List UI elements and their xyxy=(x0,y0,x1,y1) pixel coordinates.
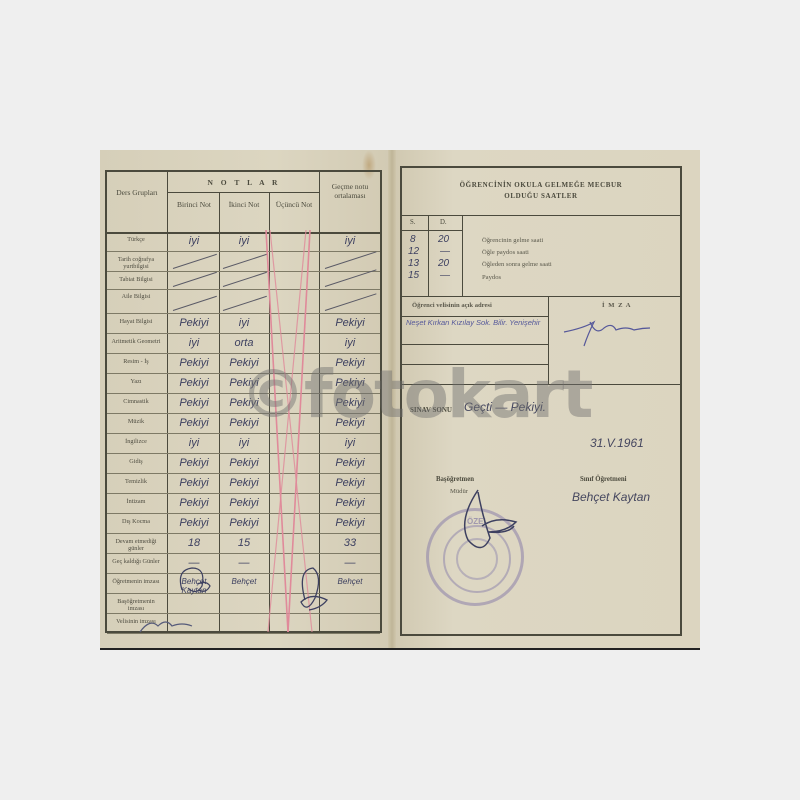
row-label: Hayat Bilgisi xyxy=(110,318,162,325)
hours-d-header: D. xyxy=(440,219,447,226)
grade-cell-ikinci: 15 xyxy=(219,537,269,549)
table-row: Velisinin imzası xyxy=(107,614,380,634)
row-label: Resim - İş xyxy=(110,358,162,365)
table-row: Öğretmenin imzasıBehçet KaytanBehçetBehç… xyxy=(107,574,380,594)
slash-mark xyxy=(223,254,267,269)
header-notlar: N O T L A R xyxy=(169,178,319,187)
address-label: Öğrenci velisinin açık adresi xyxy=(412,302,492,309)
table-row: Tarih coğrafya yurtbilgisi xyxy=(107,252,380,272)
hour-value: 8 xyxy=(410,234,416,245)
table-row: Aile Bilgisi xyxy=(107,290,380,314)
row-divider xyxy=(402,344,548,345)
grade-cell-gecme: Pekiyi xyxy=(321,477,379,489)
grade-cell-ikinci: iyi xyxy=(219,437,269,449)
exam-date: 31.V.1961 xyxy=(590,436,644,450)
table-row: Hayat BilgisiPekiyiiyiPekiyi xyxy=(107,314,380,334)
grade-cell-gecme: Pekiyi xyxy=(321,497,379,509)
grade-cell-birinci: Pekiyi xyxy=(169,517,219,529)
row-label: Öğretmenin imzası xyxy=(110,578,162,585)
watermark: ©fotokart xyxy=(240,362,591,428)
grade-cell-ikinci: Pekiyi xyxy=(219,517,269,529)
table-row: TemizlikPekiyiPekiyiPekiyi xyxy=(107,474,380,494)
notlar-divider xyxy=(167,192,319,193)
row-label: Dış Kocma xyxy=(110,518,162,525)
grade-cell-birinci: — xyxy=(169,557,219,569)
slash-mark xyxy=(325,293,377,311)
grade-cell-ikinci: Pekiyi xyxy=(219,457,269,469)
header-ikinci-not: İkinci Not xyxy=(219,200,269,209)
row-label: Aile Bilgisi xyxy=(110,293,162,300)
grade-cell-ikinci: iyi xyxy=(219,235,269,247)
header-gecme-notu: Geçme notu ortalaması xyxy=(321,182,379,201)
grade-cell-birinci: 18 xyxy=(169,537,219,549)
minute-value: 20 xyxy=(438,258,449,269)
row-label: Başöğretmenin imzası xyxy=(110,598,162,612)
grade-cell-birinci: iyi xyxy=(169,235,219,247)
minute-value: 20 xyxy=(438,234,449,245)
hours-title-line2: OLDUĞU SAATLER xyxy=(402,191,680,202)
hours-s-header: S. xyxy=(410,219,415,226)
table-row: Devam etmediği günler181533 xyxy=(107,534,380,554)
grade-cell-ikinci: orta xyxy=(219,337,269,349)
row-label: Tarih coğrafya yurtbilgisi xyxy=(110,256,162,270)
row-divider xyxy=(402,316,548,317)
row-label: Geç kaldığı Günler xyxy=(110,558,162,565)
grade-cell-gecme: — xyxy=(321,557,379,569)
col-divider xyxy=(462,216,463,296)
slash-mark xyxy=(325,251,377,269)
table-row: Geç kaldığı Günler——— xyxy=(107,554,380,574)
grade-cell-gecme: Behçet xyxy=(321,577,379,586)
table-row: Tabiat Bilgisi xyxy=(107,272,380,290)
slash-mark xyxy=(325,269,377,287)
sinif-ogretmeni-signature: Behçet Kaytan xyxy=(572,490,650,504)
grade-cell-birinci: Pekiyi xyxy=(169,477,219,489)
header-ucuncu-not: Üçüncü Not xyxy=(269,200,319,209)
basogretmen-label: Başöğretmen xyxy=(436,476,474,483)
row-label: Türkçe xyxy=(110,236,162,243)
slash-mark xyxy=(173,272,217,287)
slash-mark xyxy=(173,296,217,311)
grade-cell-birinci: Pekiyi xyxy=(169,377,219,389)
grade-cell-birinci: Pekiyi xyxy=(169,417,219,429)
grade-cell-birinci: iyi xyxy=(169,337,219,349)
minute-value: — xyxy=(440,270,450,281)
table-row: Aritmetik Geometriiyiortaiyi xyxy=(107,334,380,354)
row-label: İngilizce xyxy=(110,438,162,445)
header-ders-gruplari: Ders Grupları xyxy=(107,188,167,197)
grade-cell-gecme: iyi xyxy=(321,235,379,247)
hour-value: 15 xyxy=(408,270,419,281)
grade-cell-gecme: Pekiyi xyxy=(321,457,379,469)
hour-label: Paydos xyxy=(482,274,501,281)
slash-mark xyxy=(223,272,267,287)
grade-cell-birinci: Behçet Kaytan xyxy=(169,577,219,595)
grade-cell-gecme: iyi xyxy=(321,337,379,349)
grade-cell-ikinci: Pekiyi xyxy=(219,477,269,489)
grade-cell-birinci: Pekiyi xyxy=(169,397,219,409)
table-row: İntizamPekiyiPekiyiPekiyi xyxy=(107,494,380,514)
hour-value: 13 xyxy=(408,258,419,269)
row-label: Tabiat Bilgisi xyxy=(110,276,162,283)
grade-cell-birinci: Pekiyi xyxy=(169,317,219,329)
grades-table-header: Ders Grupları N O T L A R Birinci Not İk… xyxy=(107,172,380,234)
grade-cell-gecme: Pekiyi xyxy=(321,517,379,529)
hours-table: S. D. 8 20 Öğrencinin gelme saati 12 — Ö… xyxy=(402,216,680,297)
slash-mark xyxy=(173,254,217,269)
table-row: Başöğretmenin imzası xyxy=(107,594,380,614)
grade-cell-birinci: Pekiyi xyxy=(169,457,219,469)
row-label: Devam etmediği günler xyxy=(110,538,162,552)
slash-mark xyxy=(223,296,267,311)
grade-cell-ikinci: Pekiyi xyxy=(219,497,269,509)
hour-label: Öğleden sonra gelme saati xyxy=(482,261,552,268)
grade-cell-ikinci: iyi xyxy=(219,317,269,329)
hours-title-line1: ÖĞRENCİNİN OKULA GELMEĞE MECBUR xyxy=(402,180,680,191)
row-label: Aritmetik Geometri xyxy=(110,338,162,345)
row-label: İntizam xyxy=(110,498,162,505)
guardian-signature xyxy=(562,310,672,350)
hours-title: ÖĞRENCİNİN OKULA GELMEĞE MECBUR OLDUĞU S… xyxy=(402,168,680,216)
header-birinci-not: Birinci Not xyxy=(169,200,219,209)
table-row: Türkçeiyiiyiiyi xyxy=(107,232,380,252)
grade-cell-birinci: iyi xyxy=(169,437,219,449)
row-label: Cimnastik xyxy=(110,398,162,405)
grade-cell-ikinci: Behçet xyxy=(219,577,269,586)
hour-label: Öğrencinin gelme saati xyxy=(482,237,543,244)
principal-signature xyxy=(452,486,532,566)
address-value: Neşet Kırkan Kızılay Sok. Bilir. Yenişeh… xyxy=(406,318,550,328)
minute-value: — xyxy=(440,246,450,257)
grade-cell-gecme: Pekiyi xyxy=(321,317,379,329)
row-label: Temizlik xyxy=(110,478,162,485)
sinif-ogretmeni-label: Sınıf Öğretmeni xyxy=(580,476,627,483)
table-row: GidişPekiyiPekiyiPekiyi xyxy=(107,454,380,474)
table-row: İngilizceiyiiyiiyi xyxy=(107,434,380,454)
grade-cell-birinci: Pekiyi xyxy=(169,497,219,509)
hour-value: 12 xyxy=(408,246,419,257)
imza-label: İ M Z A xyxy=(602,302,632,309)
hour-label: Öğle paydos saati xyxy=(482,249,529,256)
grade-cell-gecme: iyi xyxy=(321,437,379,449)
col-divider xyxy=(428,216,429,296)
grade-cell-gecme: 33 xyxy=(321,537,379,549)
grade-cell-ikinci: — xyxy=(219,557,269,569)
row-label: Velisinin imzası xyxy=(110,618,162,625)
row-label: Gidiş xyxy=(110,458,162,465)
table-row: Dış KocmaPekiyiPekiyiPekiyi xyxy=(107,514,380,534)
row-label: Yazı xyxy=(110,378,162,385)
row-label: Müzik xyxy=(110,418,162,425)
grade-cell-birinci: Pekiyi xyxy=(169,357,219,369)
